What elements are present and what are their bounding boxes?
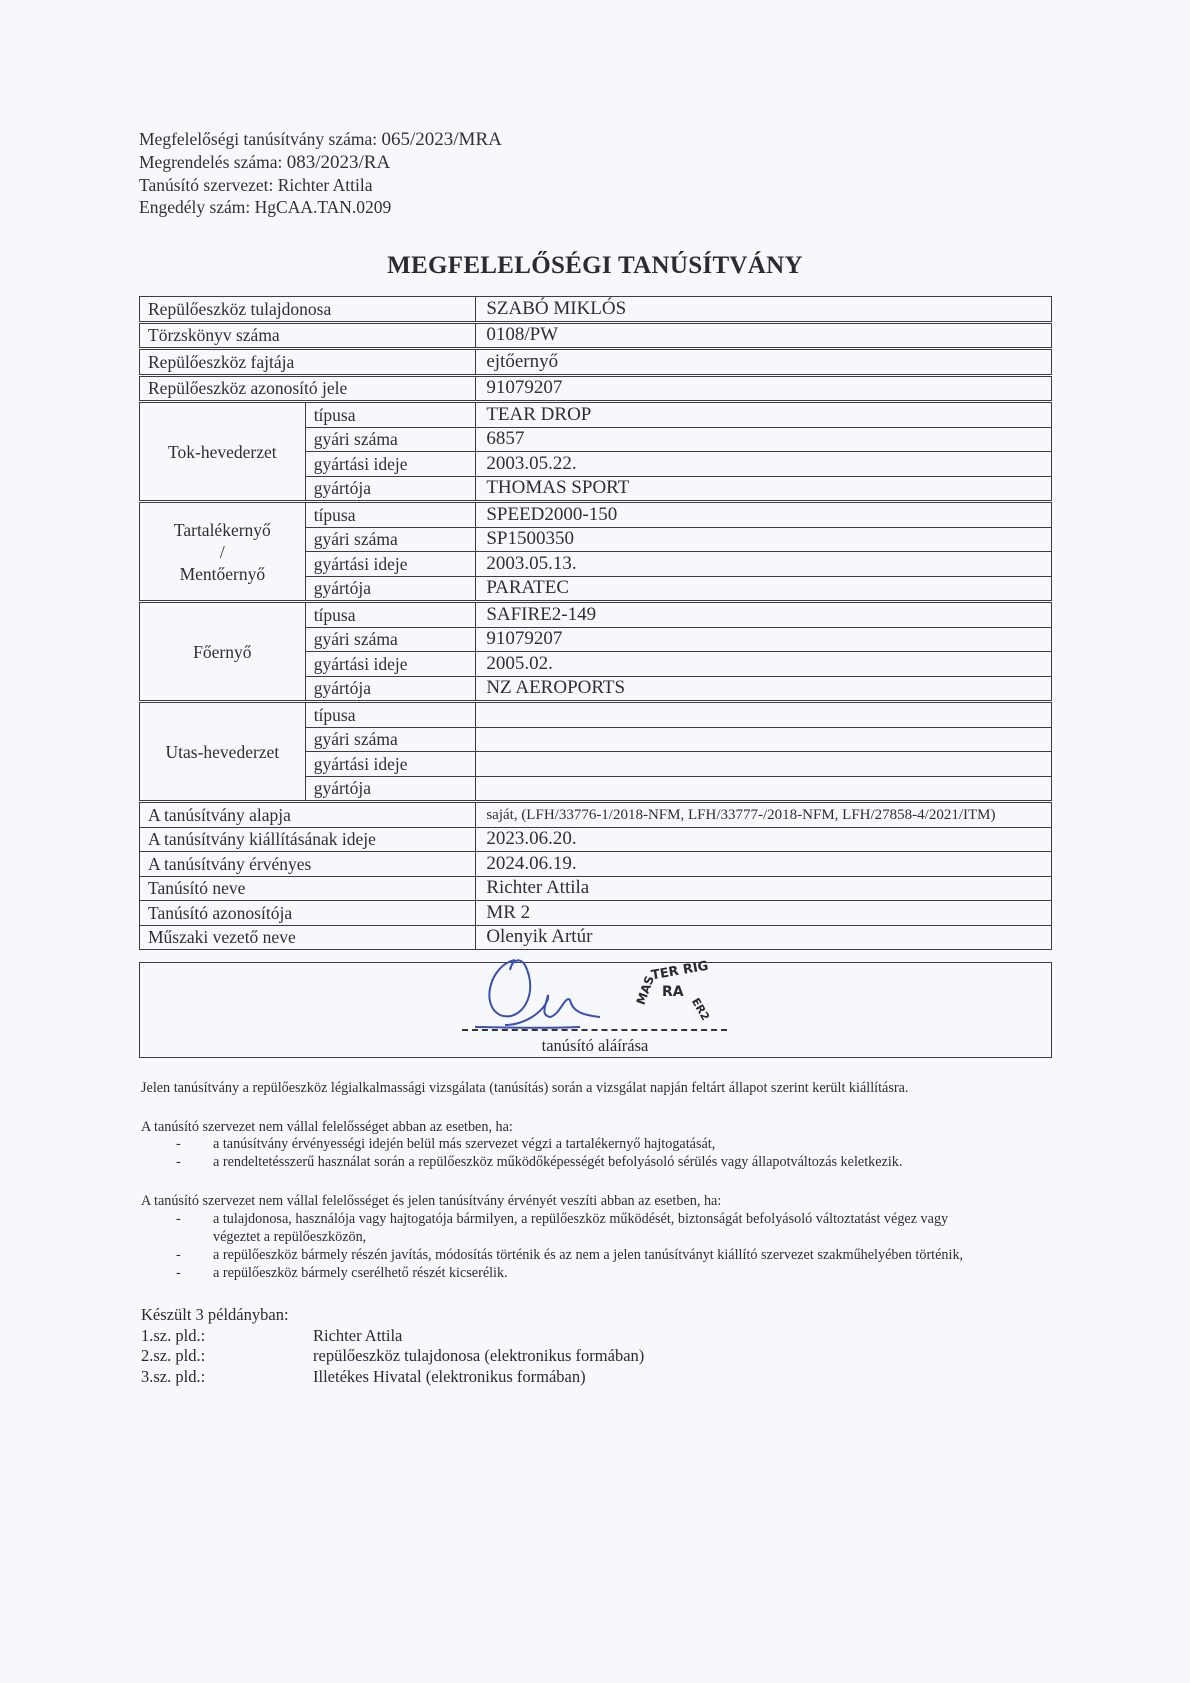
stamp-icon: TER RIG MAS RA ER2: [632, 958, 722, 1028]
sub-label: típusa: [305, 402, 476, 428]
group-value: 91079207: [476, 627, 1052, 652]
order-number: 083/2023/RA: [287, 152, 390, 173]
table-row: Repülőeszköz fajtája ejtőernyő: [140, 349, 1052, 376]
row-label: Törzskönyv száma: [140, 322, 476, 349]
table-row: Tok-hevederzet típusa TEAR DROP: [140, 402, 1052, 428]
table-row: A tanúsítvány kiállításának ideje 2023.0…: [140, 827, 1052, 852]
group-value: [476, 702, 1052, 728]
organization: Richter Attila: [278, 175, 373, 195]
certifier-name-value: Richter Attila: [476, 876, 1052, 901]
group-value: SAFIRE2-149: [476, 602, 1052, 628]
liability-intro: A tanúsító szervezet nem vállal felelőss…: [141, 1119, 513, 1136]
sub-label: gyártója: [305, 476, 476, 502]
sub-label: gyártási ideje: [305, 752, 476, 777]
cert-number-line: Megfelelőségi tanúsítvány száma: 065/202…: [139, 128, 502, 151]
group-value: THOMAS SPORT: [476, 476, 1052, 502]
svg-text:RA: RA: [662, 984, 684, 1000]
signature-icon: [470, 955, 630, 1035]
row-label: Repülőeszköz azonosító jele: [140, 375, 476, 402]
sub-label: gyártási ideje: [305, 452, 476, 477]
table-row: Tanúsító azonosítója MR 2: [140, 901, 1052, 926]
group-value: 2003.05.13.: [476, 552, 1052, 577]
table-row: Tanúsító neve Richter Attila: [140, 876, 1052, 901]
sub-label: gyári száma: [305, 527, 476, 552]
row-label: Repülőeszköz tulajdonosa: [140, 297, 476, 323]
table-row: A tanúsítvány érvényes 2024.06.19.: [140, 852, 1052, 877]
certifier-id-value: MR 2: [476, 901, 1052, 926]
group-label-main-canopy: Főernyő: [140, 602, 306, 702]
valid-until-value: 2024.06.19.: [476, 852, 1052, 877]
cert-number: 065/2023/MRA: [382, 129, 502, 150]
table-row: Műszaki vezető neve Olenyik Artúr: [140, 925, 1052, 950]
table-row: Tartalékernyő / Mentőernyő típusa SPEED2…: [140, 502, 1052, 528]
technical-manager-value: Olenyik Artúr: [476, 925, 1052, 950]
signature-label: tanúsító aláírása: [0, 1036, 1190, 1056]
registry-value: 0108/PW: [476, 322, 1052, 349]
sub-label: gyártási ideje: [305, 652, 476, 677]
group-value: 2005.02.: [476, 652, 1052, 677]
sub-label: gyártója: [305, 576, 476, 602]
row-label: Műszaki vezető neve: [140, 925, 476, 950]
row-label: A tanúsítvány érvényes: [140, 852, 476, 877]
group-value: SP1500350: [476, 527, 1052, 552]
organization-line: Tanúsító szervezet: Richter Attila: [139, 174, 502, 196]
issue-date-value: 2023.06.20.: [476, 827, 1052, 852]
row-label: A tanúsítvány alapja: [140, 802, 476, 828]
basis-value: saját, (LFH/33776-1/2018-NFM, LFH/33777-…: [476, 802, 1052, 828]
table-row: Repülőeszköz tulajdonosa SZABÓ MIKLÓS: [140, 297, 1052, 323]
sub-label: típusa: [305, 502, 476, 528]
sub-label: típusa: [305, 602, 476, 628]
group-value: [476, 776, 1052, 802]
group-label-reserve: Tartalékernyő / Mentőernyő: [140, 502, 306, 602]
sub-label: gyári száma: [305, 727, 476, 752]
sub-label: gyártási ideje: [305, 552, 476, 577]
row-label: A tanúsítvány kiállításának ideje: [140, 827, 476, 852]
group-value: [476, 727, 1052, 752]
group-value: 2003.05.22.: [476, 452, 1052, 477]
svg-text:TER RIG: TER RIG: [650, 959, 710, 984]
header-block: Megfelelőségi tanúsítvány száma: 065/202…: [139, 128, 502, 218]
sub-label: gyártója: [305, 676, 476, 702]
group-value: [476, 752, 1052, 777]
order-number-line: Megrendelés száma: 083/2023/RA: [139, 151, 502, 174]
group-label-container-harness: Tok-hevederzet: [140, 402, 306, 502]
group-value: NZ AEROPORTS: [476, 676, 1052, 702]
svg-text:ER2: ER2: [689, 996, 712, 1023]
sub-label: gyártója: [305, 776, 476, 802]
row-label: Repülőeszköz fajtája: [140, 349, 476, 376]
row-label: Tanúsító neve: [140, 876, 476, 901]
row-label: Tanúsító azonosítója: [140, 901, 476, 926]
table-row: Utas-hevederzet típusa: [140, 702, 1052, 728]
validity-intro: A tanúsító szervezet nem vállal felelőss…: [141, 1193, 721, 1210]
table-row: Főernyő típusa SAFIRE2-149: [140, 602, 1052, 628]
group-value: 6857: [476, 427, 1052, 452]
license-line: Engedély szám: HgCAA.TAN.0209: [139, 196, 502, 218]
group-value: PARATEC: [476, 576, 1052, 602]
signature-line: [462, 1029, 727, 1031]
document-title: MEGFELELŐSÉGI TANÚSÍTVÁNY: [0, 252, 1190, 280]
group-label-passenger-harness: Utas-hevederzet: [140, 702, 306, 802]
id-value: 91079207: [476, 375, 1052, 402]
sub-label: gyári száma: [305, 427, 476, 452]
sub-label: típusa: [305, 702, 476, 728]
license-number: HgCAA.TAN.0209: [255, 197, 392, 217]
sub-label: gyári száma: [305, 627, 476, 652]
type-value: ejtőernyő: [476, 349, 1052, 376]
group-value: SPEED2000-150: [476, 502, 1052, 528]
owner-value: SZABÓ MIKLÓS: [476, 297, 1052, 323]
group-value: TEAR DROP: [476, 402, 1052, 428]
statement-text: Jelen tanúsítvány a repülőeszköz légialk…: [141, 1080, 908, 1097]
certificate-table: Repülőeszköz tulajdonosa SZABÓ MIKLÓS Tö…: [139, 296, 1052, 950]
table-row: Repülőeszköz azonosító jele 91079207: [140, 375, 1052, 402]
certificate-page: Megfelelőségi tanúsítvány száma: 065/202…: [0, 0, 1190, 1683]
table-row: A tanúsítvány alapja saját, (LFH/33776-1…: [140, 802, 1052, 828]
table-row: Törzskönyv száma 0108/PW: [140, 322, 1052, 349]
svg-text:MAS: MAS: [634, 974, 657, 1007]
